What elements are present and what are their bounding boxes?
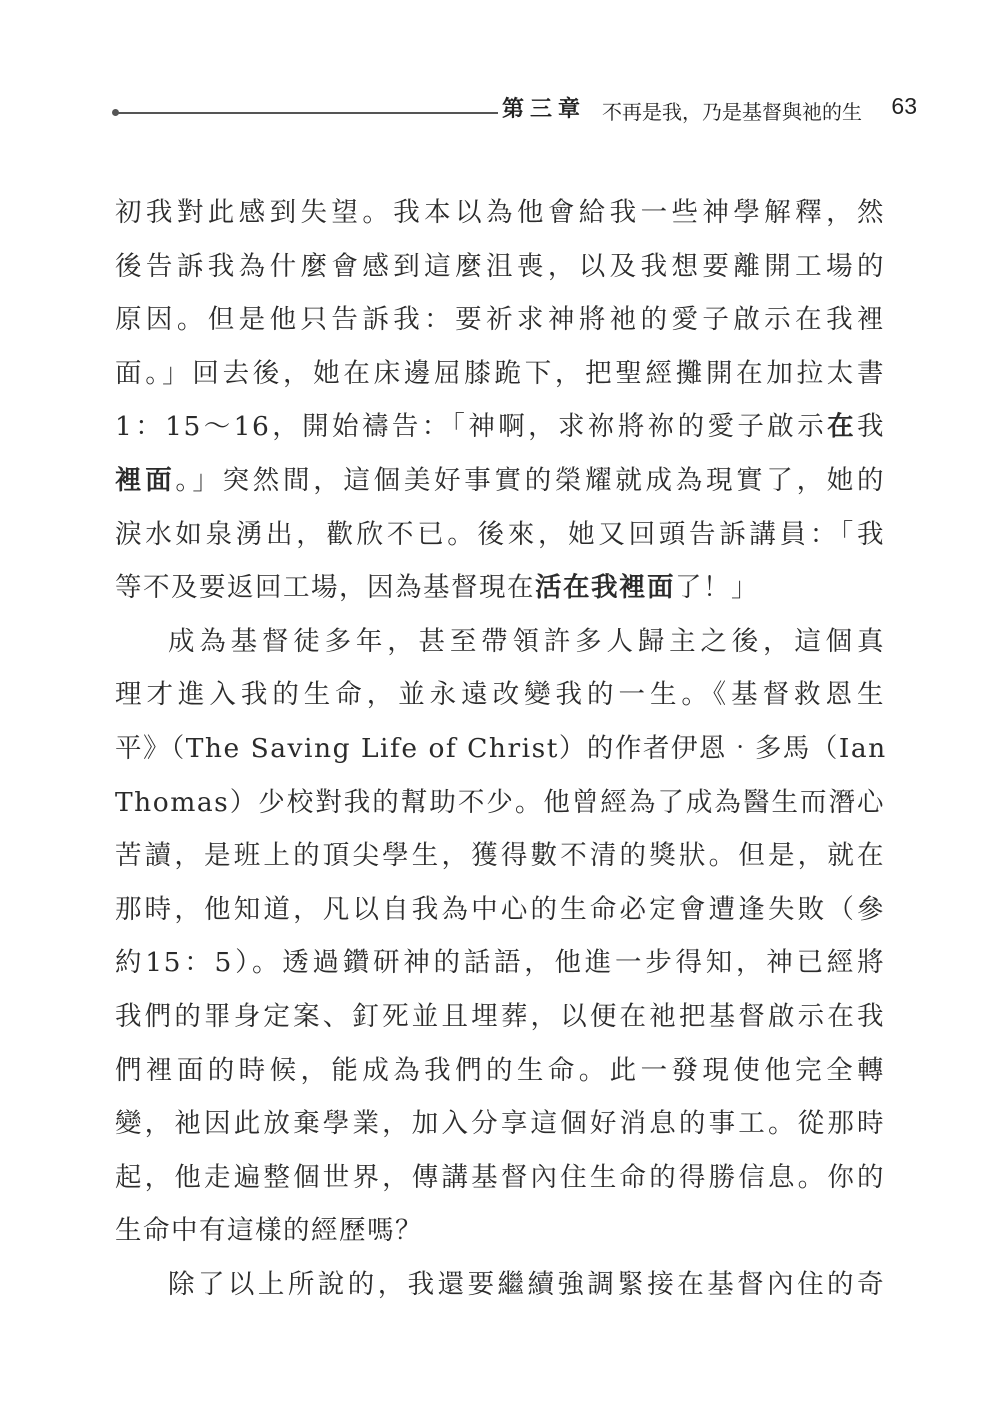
text-line: 平》（The Saving Life of Christ）的作者伊恩‧多馬（Ia… xyxy=(115,722,885,776)
text-line: 淚水如泉湧出，歡欣不已。後來，她又回頭告訴講員：「我 xyxy=(115,508,885,562)
text-line: 我們的罪身定案、釘死並且埋葬，以便在祂把基督啟示在我 xyxy=(115,990,885,1044)
text-line: 們裡面的時候，能成為我們的生命。此一發現使他完全轉 xyxy=(115,1044,885,1098)
text-line: 原因。但是他只告訴我：要祈求神將祂的愛子啟示在我裡 xyxy=(115,293,885,347)
paragraph-start-line: 除了以上所說的，我還要繼續強調緊接在基督內住的奇 xyxy=(115,1258,885,1312)
text-line: 初我對此感到失望。我本以為他會給我一些神學解釋，然 xyxy=(115,186,885,240)
line-text: 面。」回去後，她在床邊屈膝跪下，把聖經攤開在加拉太書 xyxy=(115,358,885,389)
line-text: 變，祂因此放棄學業，加入分享這個好消息的事工。從那時 xyxy=(115,1108,885,1139)
text-line: 面。」回去後，她在床邊屈膝跪下，把聖經攤開在加拉太書 xyxy=(115,347,885,401)
line-text: 我們的罪身定案、釘死並且埋葬，以便在祂把基督啟示在我 xyxy=(115,1001,885,1032)
line-text: 理才進入我的生命，並永遠改變我的一生。《基督救恩生 xyxy=(115,679,885,710)
emphasis-text: 在 xyxy=(827,411,857,442)
line-text: 生命中有這樣的經歷嗎？ xyxy=(115,1215,423,1246)
text-line: 生命中有這樣的經歷嗎？ xyxy=(115,1204,885,1258)
text-line: Thomas）少校對我的幫助不少。他曾經為了成為醫生而潛心 xyxy=(115,776,885,830)
line-text: 等不及要返回工場，因為基督現在 xyxy=(115,572,535,603)
line-text: 們裡面的時候，能成為我們的生命。此一發現使他完全轉 xyxy=(115,1055,885,1086)
line-text: 我 xyxy=(857,411,885,442)
header-rule xyxy=(118,112,498,114)
text-line: 裡面。」突然間，這個美好事實的榮耀就成為現實了，她的 xyxy=(115,454,885,508)
text-line: 等不及要返回工場，因為基督現在活在我裡面了！」 xyxy=(115,561,885,615)
line-text: Thomas）少校對我的幫助不少。他曾經為了成為醫生而潛心 xyxy=(115,787,885,818)
chapter-label: 第三章 xyxy=(502,92,586,123)
text-line: 1：15～16，開始禱告：「神啊，求祢將祢的愛子啟示在我 xyxy=(115,400,885,454)
page-number: 63 xyxy=(891,93,917,120)
emphasis-text: 裡面 xyxy=(115,465,175,496)
chapter-title: 不再是我，乃是基督與祂的生 xyxy=(602,96,862,125)
text-line: 約15：5）。透過鑽研神的話語，他進一步得知，神已經將 xyxy=(115,936,885,990)
text-line: 後告訴我為什麼會感到這麼沮喪，以及我想要離開工場的 xyxy=(115,240,885,294)
line-text: 平》（The Saving Life of Christ）的作者伊恩‧多馬（Ia… xyxy=(115,733,887,764)
paragraph-start-line: 成為基督徒多年，甚至帶領許多人歸主之後，這個真 xyxy=(115,615,885,669)
line-text: 除了以上所說的，我還要繼續強調緊接在基督內住的奇 xyxy=(168,1269,885,1300)
line-text: 1：15～16，開始禱告：「神啊，求祢將祢的愛子啟示 xyxy=(115,411,827,442)
body-text: 初我對此感到失望。我本以為他會給我一些神學解釋，然 後告訴我為什麼會感到這麼沮喪… xyxy=(115,186,885,1311)
line-text: 了！」 xyxy=(675,572,759,603)
line-text: 成為基督徒多年，甚至帶領許多人歸主之後，這個真 xyxy=(168,626,885,657)
line-text: 原因。但是他只告訴我：要祈求神將祂的愛子啟示在我裡 xyxy=(115,304,885,335)
line-text: 初我對此感到失望。我本以為他會給我一些神學解釋，然 xyxy=(115,197,885,228)
line-text: 後告訴我為什麼會感到這麼沮喪，以及我想要離開工場的 xyxy=(115,251,885,282)
line-text: 約15：5）。透過鑽研神的話語，他進一步得知，神已經將 xyxy=(115,947,885,978)
text-line: 變，祂因此放棄學業，加入分享這個好消息的事工。從那時 xyxy=(115,1097,885,1151)
text-line: 苦讀，是班上的頂尖學生，獲得數不清的獎狀。但是，就在 xyxy=(115,829,885,883)
line-text: 苦讀，是班上的頂尖學生，獲得數不清的獎狀。但是，就在 xyxy=(115,840,885,871)
text-line: 起，他走遍整個世界，傳講基督內住生命的得勝信息。你的 xyxy=(115,1151,885,1205)
line-text: 那時，他知道，凡以自我為中心的生命必定會遭逢失敗（參 xyxy=(115,894,885,925)
line-text: 起，他走遍整個世界，傳講基督內住生命的得勝信息。你的 xyxy=(115,1162,885,1193)
line-text: 。」突然間，這個美好事實的榮耀就成為現實了，她的 xyxy=(175,465,885,496)
running-header: 第三章 不再是我，乃是基督與祂的生 63 xyxy=(112,88,917,128)
emphasis-text: 活在我裡面 xyxy=(535,572,675,603)
line-text: 淚水如泉湧出，歡欣不已。後來，她又回頭告訴講員：「我 xyxy=(115,519,885,550)
text-line: 那時，他知道，凡以自我為中心的生命必定會遭逢失敗（參 xyxy=(115,883,885,937)
text-line: 理才進入我的生命，並永遠改變我的一生。《基督救恩生 xyxy=(115,668,885,722)
